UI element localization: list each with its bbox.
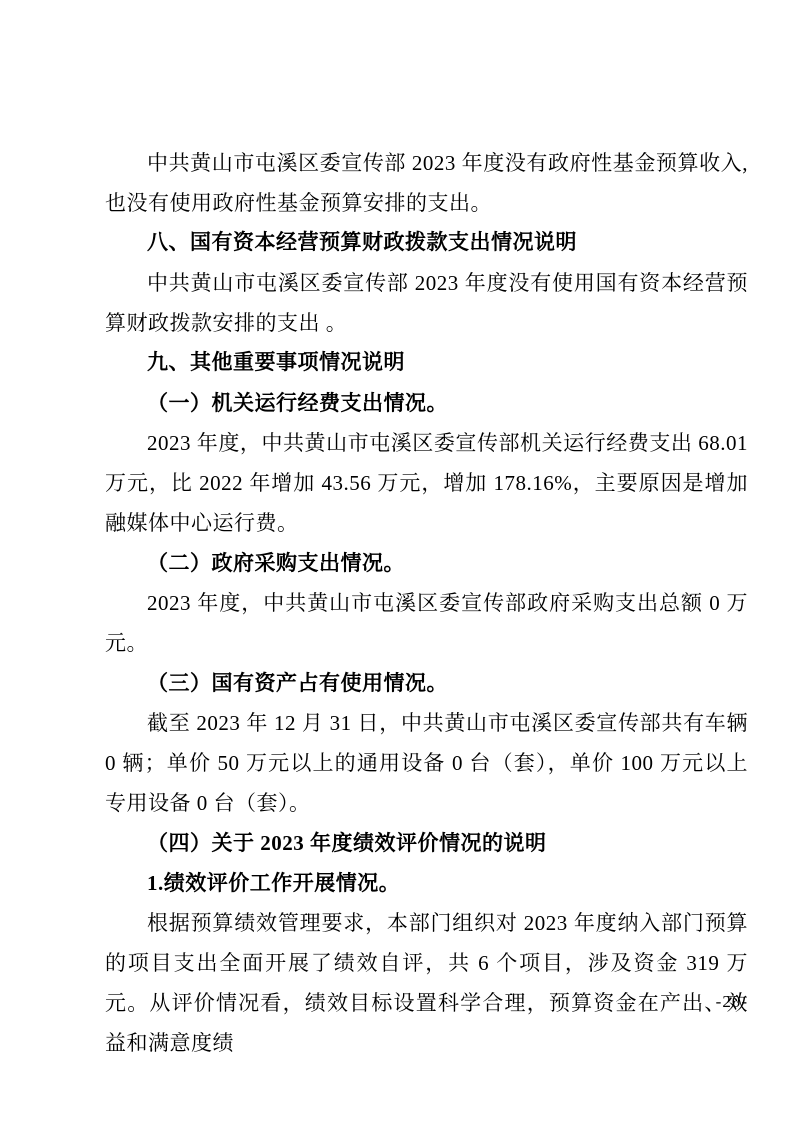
document-page: 中共黄山市屯溪区委宣传部 2023 年度没有政府性基金预算收入,也没有使用政府性… [0,0,793,1122]
heading-subsection-3-state-assets: （三）国有资产占有使用情况。 [105,663,748,703]
heading-subsection-1-operating-expense: （一）机关运行经费支出情况。 [105,383,748,423]
heading-subsection-4-performance: （四）关于 2023 年度绩效评价情况的说明 [105,823,748,863]
paragraph-state-capital-budget: 中共黄山市屯溪区委宣传部 2023 年度没有使用国有资本经营预算财政拨款安排的支… [105,263,748,343]
heading-section-9: 九、其他重要事项情况说明 [105,343,748,383]
paragraph-gov-fund-budget: 中共黄山市屯溪区委宣传部 2023 年度没有政府性基金预算收入,也没有使用政府性… [105,143,748,223]
heading-section-8: 八、国有资本经营预算财政拨款支出情况说明 [105,223,748,263]
paragraph-state-assets: 截至 2023 年 12 月 31 日，中共黄山市屯溪区委宣传部共有车辆 0 辆… [105,703,748,823]
document-body: 中共黄山市屯溪区委宣传部 2023 年度没有政府性基金预算收入,也没有使用政府性… [105,143,748,1063]
paragraph-operating-expense: 2023 年度，中共黄山市屯溪区委宣传部机关运行经费支出 68.01 万元，比 … [105,423,748,543]
paragraph-procurement: 2023 年度，中共黄山市屯溪区委宣传部政府采购支出总额 0 万元。 [105,583,748,663]
page-number: -20- [716,991,748,1013]
heading-performance-evaluation-work: 1.绩效评价工作开展情况。 [105,863,748,903]
paragraph-performance-evaluation: 根据预算绩效管理要求，本部门组织对 2023 年度纳入部门预算的项目支出全面开展… [105,903,748,1063]
heading-subsection-2-procurement: （二）政府采购支出情况。 [105,543,748,583]
